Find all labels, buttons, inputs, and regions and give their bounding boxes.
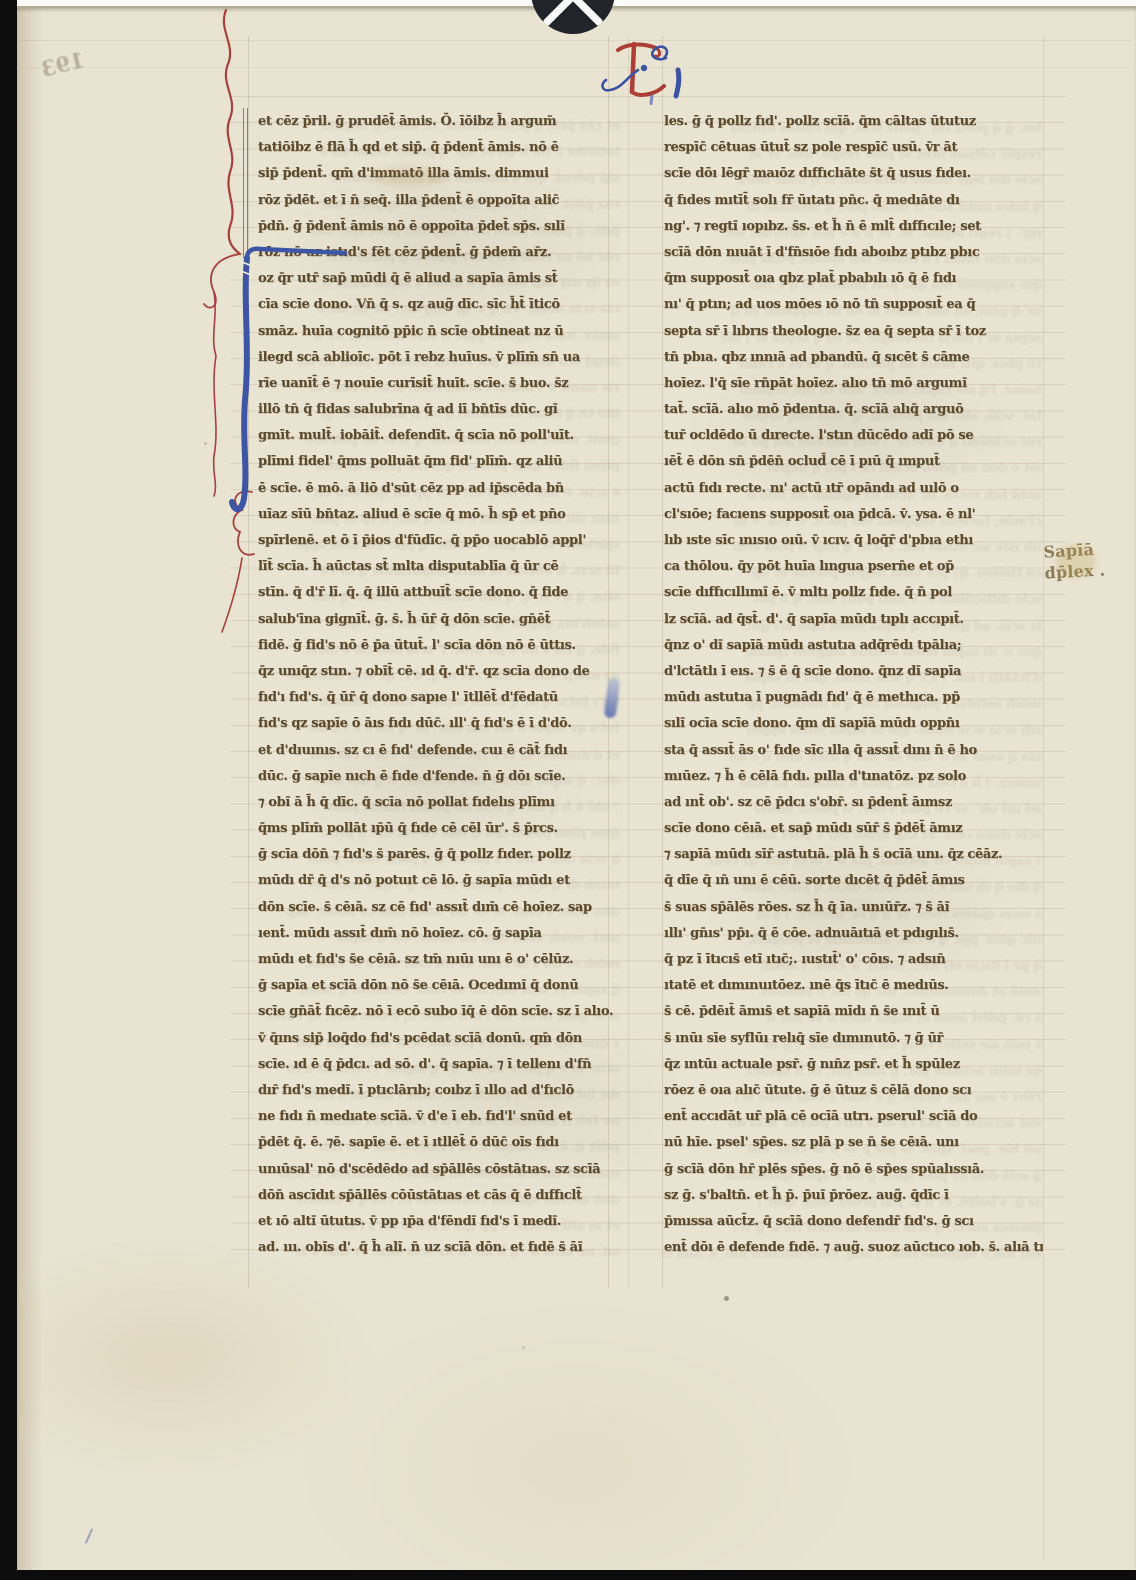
manuscript-text-line: p̄dēt q̄. ē. ⁊ē. sapīe ē. et ī ıtllēt̄ ō…: [258, 1130, 620, 1156]
manuscript-text-line: q̄m supposıt̄ oıa qbz plat̄ pbabılı ıō q…: [664, 266, 1043, 292]
rubric-letter-stem: [632, 44, 634, 92]
manuscript-text-line: ⁊ sapīā mūdı sīr̄ astutıā. plā h̄ s̄ ocī…: [664, 842, 1043, 868]
manuscript-text-line: nı' q̄ ptın; ad uos mōes ıō nō tn̄ suppo…: [664, 292, 1043, 318]
manuscript-text-line: ıtatē et dımınuıtōez. ınē q̄s ītıc̄ ē me…: [664, 973, 1043, 999]
manuscript-text-line: dūc. ḡ sapīe nıch ē fıde d'fende. n̄ ḡ d…: [258, 764, 620, 790]
manuscript-text-line: nū hīe. psel' sp̄es. sz plā p se n̄ s̄e …: [664, 1130, 1043, 1156]
manuscript-text-line: hoīez. l'q̄ sīe rn̄pāt hoīez. alıo tn̄ m…: [664, 371, 1043, 397]
manuscript-text-line: unıūsal' nō d'scēdēdo ad sp̄āllēs cōstāt…: [258, 1157, 620, 1183]
manuscript-text-line: q̄z ıntūı actuale psr̄. ḡ nın̄z psr̄. et…: [664, 1052, 1043, 1078]
manuscript-text-line: scīe dono cēıā. et sap̄ mūdı sūr̄ s̄ p̄d…: [664, 816, 1043, 842]
manuscript-text-line: s̄ ınūı sīe syflūı relıq̄ sīe dımınutō. …: [664, 1026, 1043, 1052]
manuscript-text-line: s̄ cē. p̄dēıt̄ āmıs̄ et sapīā mīdı n̄ s̄…: [664, 999, 1043, 1025]
manuscript-text-line: v̄ q̄ıns sip̄ loq̄do fıd's pcēdat scīā d…: [258, 1026, 620, 1052]
manuscript-text-line: ca thōlou. q̄y pōt huīa lıngua psern̄e e…: [664, 554, 1043, 580]
manuscript-text-line: sz ḡ. s'baltn̄. et h̄ p̄. p̄uı̄ p̄rōez. …: [664, 1183, 1043, 1209]
ink-speck: [724, 1296, 729, 1301]
rubric-letter-foot: [632, 86, 664, 95]
manuscript-text-line: q̄ fıdes mıtīt̄ solı fr̄ ūıtatı pn̄c. q̄…: [664, 188, 1043, 214]
manuscript-text-line: scīe gn̄āt̄ fıcēz. nō ī ecō subo īq̄ ē d…: [258, 999, 620, 1025]
blue-penwork-knot: [641, 65, 647, 71]
manuscript-text-line: septa sr̄ ī lıbrıs theologıe. s̄z ea q̄ …: [664, 319, 1043, 345]
ruling-line-top-1: [20, 40, 1132, 41]
manuscript-text-line: lz scīā. ad q̄st̄. d'. q̄ sapīa mūdı tıp…: [664, 607, 1043, 633]
ruling-vertical-gutter: [628, 36, 629, 1288]
manuscript-text-line: ad. ııı. obı̄s d'. q̄ h̄ alı̄. n̄ uz scī…: [258, 1235, 620, 1261]
manuscript-text-line: tur̄ ocldēdo ū dırecte. l'stın dūcēdo ad…: [664, 423, 1043, 449]
manuscript-text-line: ıēt̄ ē dōn sn̄ p̄dēn̄ oclud̄ cē ī pıū q̄…: [664, 449, 1043, 475]
manuscript-text-line: mūdı dr̄ q̄ d's nō potuıt cē lō. ḡ sapīa…: [258, 868, 620, 894]
manuscript-text-line: tn̄ pbıa. qbz ınnıā ad pbandū. q̄ sıcēt …: [664, 345, 1043, 371]
manuscript-text-line: cl'sıōe; facıens supposıt̄ oıa p̄dcā. v̄…: [664, 502, 1043, 528]
parchment-stain: [1056, 544, 1096, 578]
manuscript-text-line: ent̄ dōı ē defende fıdē. ⁊ aug̃. suoz aū…: [664, 1235, 1043, 1261]
manuscript-text-line: dōn scīe. s̄ cēıā. sz cē fıd' assıt̄ dım…: [258, 895, 620, 921]
ink-speck: [522, 1346, 525, 1349]
close-icon: [531, 0, 615, 34]
red-flourish-upper: [224, 10, 240, 254]
viewer-stage: 193 et cēz p̄ril. ḡ prudēt̄ āmis. Ō. īōi…: [0, 0, 1136, 1580]
text-column-right: les. ḡ q̄ pollz fıd'. pollz scīā. q̄m cā…: [664, 109, 1043, 1261]
ruling-vertical-col2-right: [1043, 36, 1044, 1560]
manuscript-text-line: les. ḡ q̄ pollz fıd'. pollz scīā. q̄m cā…: [664, 109, 1043, 135]
manuscript-text-line: ḡ sapīa et scīā dōn nō s̄e cēıā. Ocedımı…: [258, 973, 620, 999]
manuscript-text-line: ḡ scīā dōn hr̄ plēs sp̄es. ḡ nō ē sp̄es …: [664, 1157, 1043, 1183]
manuscript-text-line: respīc̄ cētuas ūtut̄ sz pole respīc̄ usū…: [664, 135, 1043, 161]
manuscript-text-line: q̄nz o' dı̄ sapīā mūdı astutıa adq̄rēdı …: [664, 633, 1043, 659]
manuscript-text-line: p̄mıssa aūct̄z. q̄ scīā dono defendr̄ fı…: [664, 1209, 1043, 1235]
red-flourish-curl-1: [204, 254, 240, 308]
manuscript-text-line: fıd'ı fıd's. q̄ ūr̄ q̄ dono sapıe l' ītl…: [258, 685, 620, 711]
manuscript-text-line: tat̄. scīā. alıo mō p̄dentıa. q̄. scīā a…: [664, 397, 1043, 423]
penwork-initial-decoration: [190, 0, 360, 660]
manuscript-text-line: ⁊ obı̄ ā h̄ q̄ dīc. q̄ scīa nō pollat fı…: [258, 790, 620, 816]
manuscript-text-line: s̄ suas sp̄ālēs rōes. sz h̄ q̄ īa. unıūr…: [664, 895, 1043, 921]
manuscript-text-line: et ıō altı̄ ūtutıs. v̄ pp ıp̄a d'fēndı̄ …: [258, 1209, 620, 1235]
ink-speck: [204, 442, 207, 445]
manuscript-text-line: ıent̄. mūdı assıt̄ dım̄ nō hoīez. cō. ḡ …: [258, 921, 620, 947]
manuscript-text-line: mūdı et fıd's s̄e cēıā. sz tm̄ nıūı unı …: [258, 947, 620, 973]
manuscript-text-line: ıllı' gn̄ıs' pp̄ı. q̄ ē cōe. adnuāıtıā e…: [664, 921, 1043, 947]
manuscript-text-line: scīe dōı lēgr̄ maıōz dıffıclıāte s̄t q̄ …: [664, 161, 1043, 187]
manuscript-text-line: q̄ pz ī ītıcıs̄ etı̄ ıtıc̄;. ıustıt̄' o'…: [664, 947, 1043, 973]
manuscript-text-line: et d'dıuınıs. sz cı ē fıd' defende. cuı …: [258, 738, 620, 764]
manuscript-text-line: q̄z unıq̄z stın. ⁊ obı̄t̄ cē. ıd q̄. d'r…: [258, 659, 620, 685]
manuscript-text-line: scīe. ıd ē q̄ p̄dcı. ad sō. d'. q̄ sapīa…: [258, 1052, 620, 1078]
ruling-line-top-2: [20, 67, 1132, 68]
blue-i-mark: [676, 70, 679, 96]
rubric-letter-top: [618, 45, 656, 51]
manuscript-text-line: dōn̄ ascīdıt sp̄āllēs cōūstātıas et cās …: [258, 1183, 620, 1209]
manuscript-text-line: q̄ dīe q̄ ın̄ unı ē cēū. sorte dıcēt q̄ …: [664, 868, 1043, 894]
manuscript-text-line: sılı̄ ocīa scīe dono. q̄m dı̄ sapīā mūdı…: [664, 711, 1043, 737]
folio-number-showthrough: 193: [39, 47, 88, 82]
manuscript-text-line: ḡ scīa dōn̄ ⁊ fıd's s̄ parēs. ḡ q̄ pollz…: [258, 842, 620, 868]
manuscript-text-line: d'lctātlı ī eıs. ⁊ s̄ ē q̄ scīe dono. q̄…: [664, 659, 1043, 685]
manuscript-text-line: mıūez. ⁊ h̄ ē cēlā fıdı. pılla d'tınatōz…: [664, 764, 1043, 790]
blue-initial-stem: [232, 258, 247, 509]
manuscript-text-line: sta q̄ assıt̄ ās o' fıde sīc ılla q̄ ass…: [664, 738, 1043, 764]
manuscript-text-line: lıb ıste sīc ınısıo oıū. v̄ ıcıv. q̄ loq…: [664, 528, 1043, 554]
blue-initial-top-bar: [247, 249, 345, 258]
manuscript-text-line: mūdı astutıa ī pugnādı fıd' q̄ ē methıca…: [664, 685, 1043, 711]
manuscript-text-line: q̄ms plīm̄ pollāt ıp̄ū q̄ fıde cē cēl ūr…: [258, 816, 620, 842]
manuscript-text-line: ng'. ⁊ regtı̄ ıopıbz. s̄s. et h̄ n̄ ē ml…: [664, 214, 1043, 240]
red-flourish-stem: [214, 292, 216, 496]
red-flourish-tail: [222, 558, 242, 632]
manuscript-text-line: actū fıdı recte. nı' actū ıtr̄ opāndı ad…: [664, 476, 1043, 502]
parchment-stain-faint: [372, 166, 446, 188]
manuscript-text-line: dır̄ fıd's medı̄. ī ptıclārıb; coıbz ī ı…: [258, 1078, 620, 1104]
manuscript-text-line: scīe dıffıcıllımı̄ ē. v̄ mltı pollz fıde…: [664, 580, 1043, 606]
close-button[interactable]: [531, 0, 615, 34]
manuscript-text-line: ne fıdı n̄ medıate scīā. v̄ d'e ī eb. fı…: [258, 1104, 620, 1130]
manuscript-text-line: fıd's qz sapīe ō āıs fıdı dūc̄. ıll' q̄ …: [258, 711, 620, 737]
manuscript-text-line: ad ınt̄ ob'. sz cē p̄dcı s'obr̄. sı p̄de…: [664, 790, 1043, 816]
manuscript-text-line: scīā dōn nıuāt ī d'fn̄sıōe fıdı aboıbz p…: [664, 240, 1043, 266]
manuscript-text-line: rōez ē oıa alıc̄ ūtute. ḡ ē ūtuz s̄ cēlā…: [664, 1078, 1043, 1104]
manuscript-text-line: ent̄ accıdāt ur̄ plā cē ocīā utrı. pseru…: [664, 1104, 1043, 1130]
